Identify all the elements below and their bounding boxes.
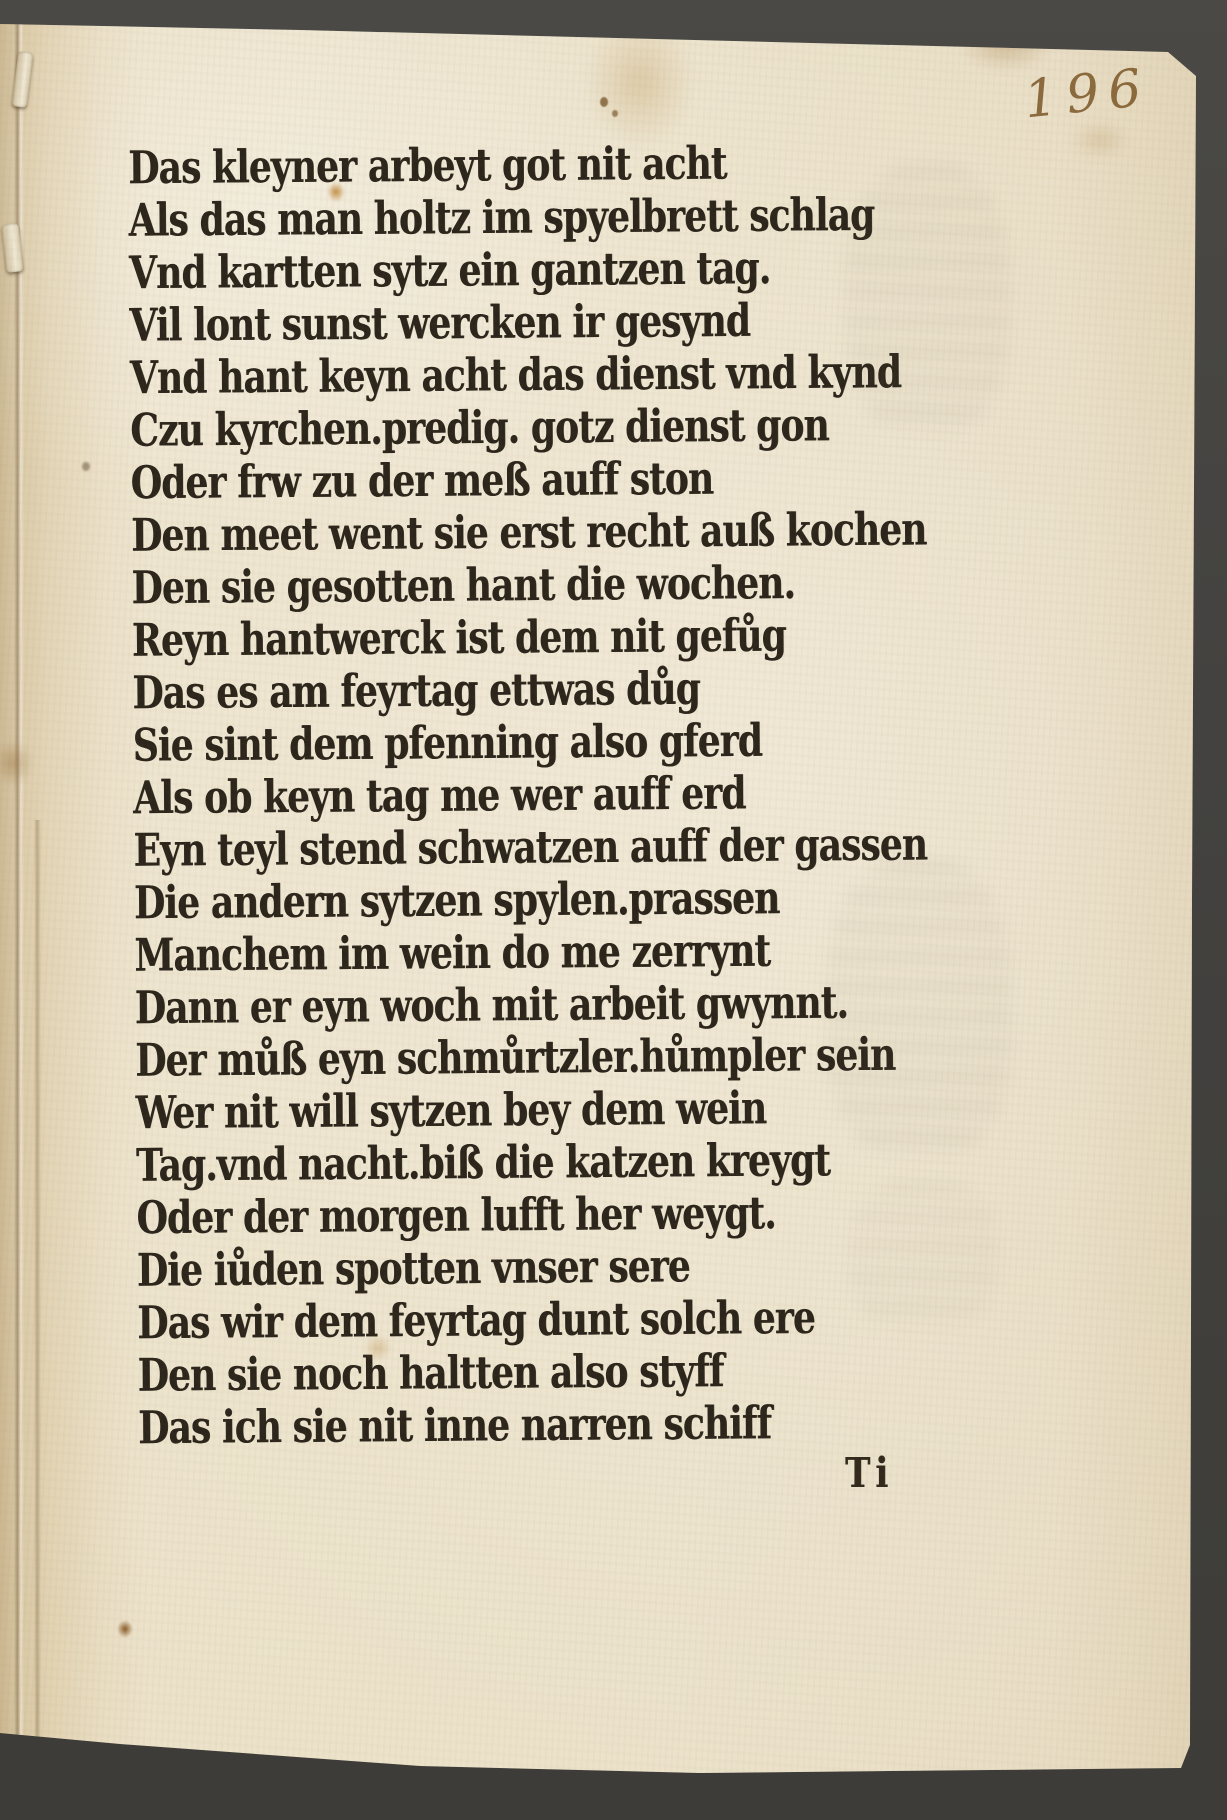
poem-line: Das ich sie nit inne narren schiff (138, 1396, 934, 1455)
poem-line: Den meet went sie erst recht auß kochen (131, 503, 927, 562)
poem-line: Oder frw zu der meß auff ston (130, 451, 926, 510)
poem-line: Den sie gesotten hant die wochen. (131, 556, 927, 615)
gutter-crease-line (14, 0, 24, 1820)
poem-line: Manchem im wein do me zerrynt (134, 923, 930, 982)
stain (585, 16, 695, 148)
poem-line: Reyn hantwerck ist dem nit gefůg (132, 608, 928, 667)
poem-line: Der můß eyn schmůrtzler.hůmpler sein (135, 1028, 931, 1087)
gutter-crease-line-lower (34, 820, 41, 1820)
poem-line: Das es am feyrtag ettwas důg (132, 661, 928, 720)
poem-line: Czu kyrchen.predig. gotz dienst gon (130, 398, 926, 457)
stain (958, 14, 1053, 72)
poem-line: Als das man holtz im spyelbrett schlag (128, 188, 924, 247)
poem-line: Eyn teyl stend schwatzen auff der gassen (133, 818, 929, 877)
poem-line: Vil lont sunst wercken ir gesynd (129, 293, 925, 352)
ink-speck (612, 110, 618, 117)
poem-line: Oder der morgen lufft her weygt. (136, 1186, 932, 1245)
poem-line: Die andern sytzen spylen.prassen (134, 871, 930, 930)
poem-line: Das wir dem feyrtag dunt solch ere (137, 1291, 933, 1350)
poem-line: Vnd kartten sytz ein gantzen tag. (129, 241, 925, 300)
poem-line: Als ob keyn tag me wer auff erd (133, 766, 929, 825)
poem-line: Den sie noch haltten also styff (137, 1343, 933, 1402)
scan-backdrop: 196 Das kleyner arbeyt got nit acht Als … (0, 0, 1227, 1820)
ink-speck (600, 97, 608, 107)
poem-line: Wer nit will sytzen bey dem wein (135, 1081, 931, 1140)
book-page: 196 Das kleyner arbeyt got nit acht Als … (0, 0, 1227, 1820)
poem-line: Die iůden spotten vnser sere (137, 1238, 933, 1297)
signature-mark: Ti (845, 1450, 893, 1498)
poem-line: Tag.vnd nacht.biß die katzen kreygt (136, 1133, 932, 1192)
poem-line: Das kleyner arbeyt got nit acht (128, 136, 924, 195)
poem-line: Sie sint dem pfenning also gferd (133, 713, 929, 772)
stain (117, 1620, 133, 1638)
poem-line: Dann er eyn woch mit arbeit gwynnt. (135, 976, 931, 1035)
stain (1070, 120, 1130, 160)
poem-block: Das kleyner arbeyt got nit acht Als das … (128, 136, 934, 1455)
folio-number-handwritten: 196 (1021, 58, 1153, 131)
poem-line: Vnd hant keyn acht das dienst vnd kynd (130, 346, 926, 405)
